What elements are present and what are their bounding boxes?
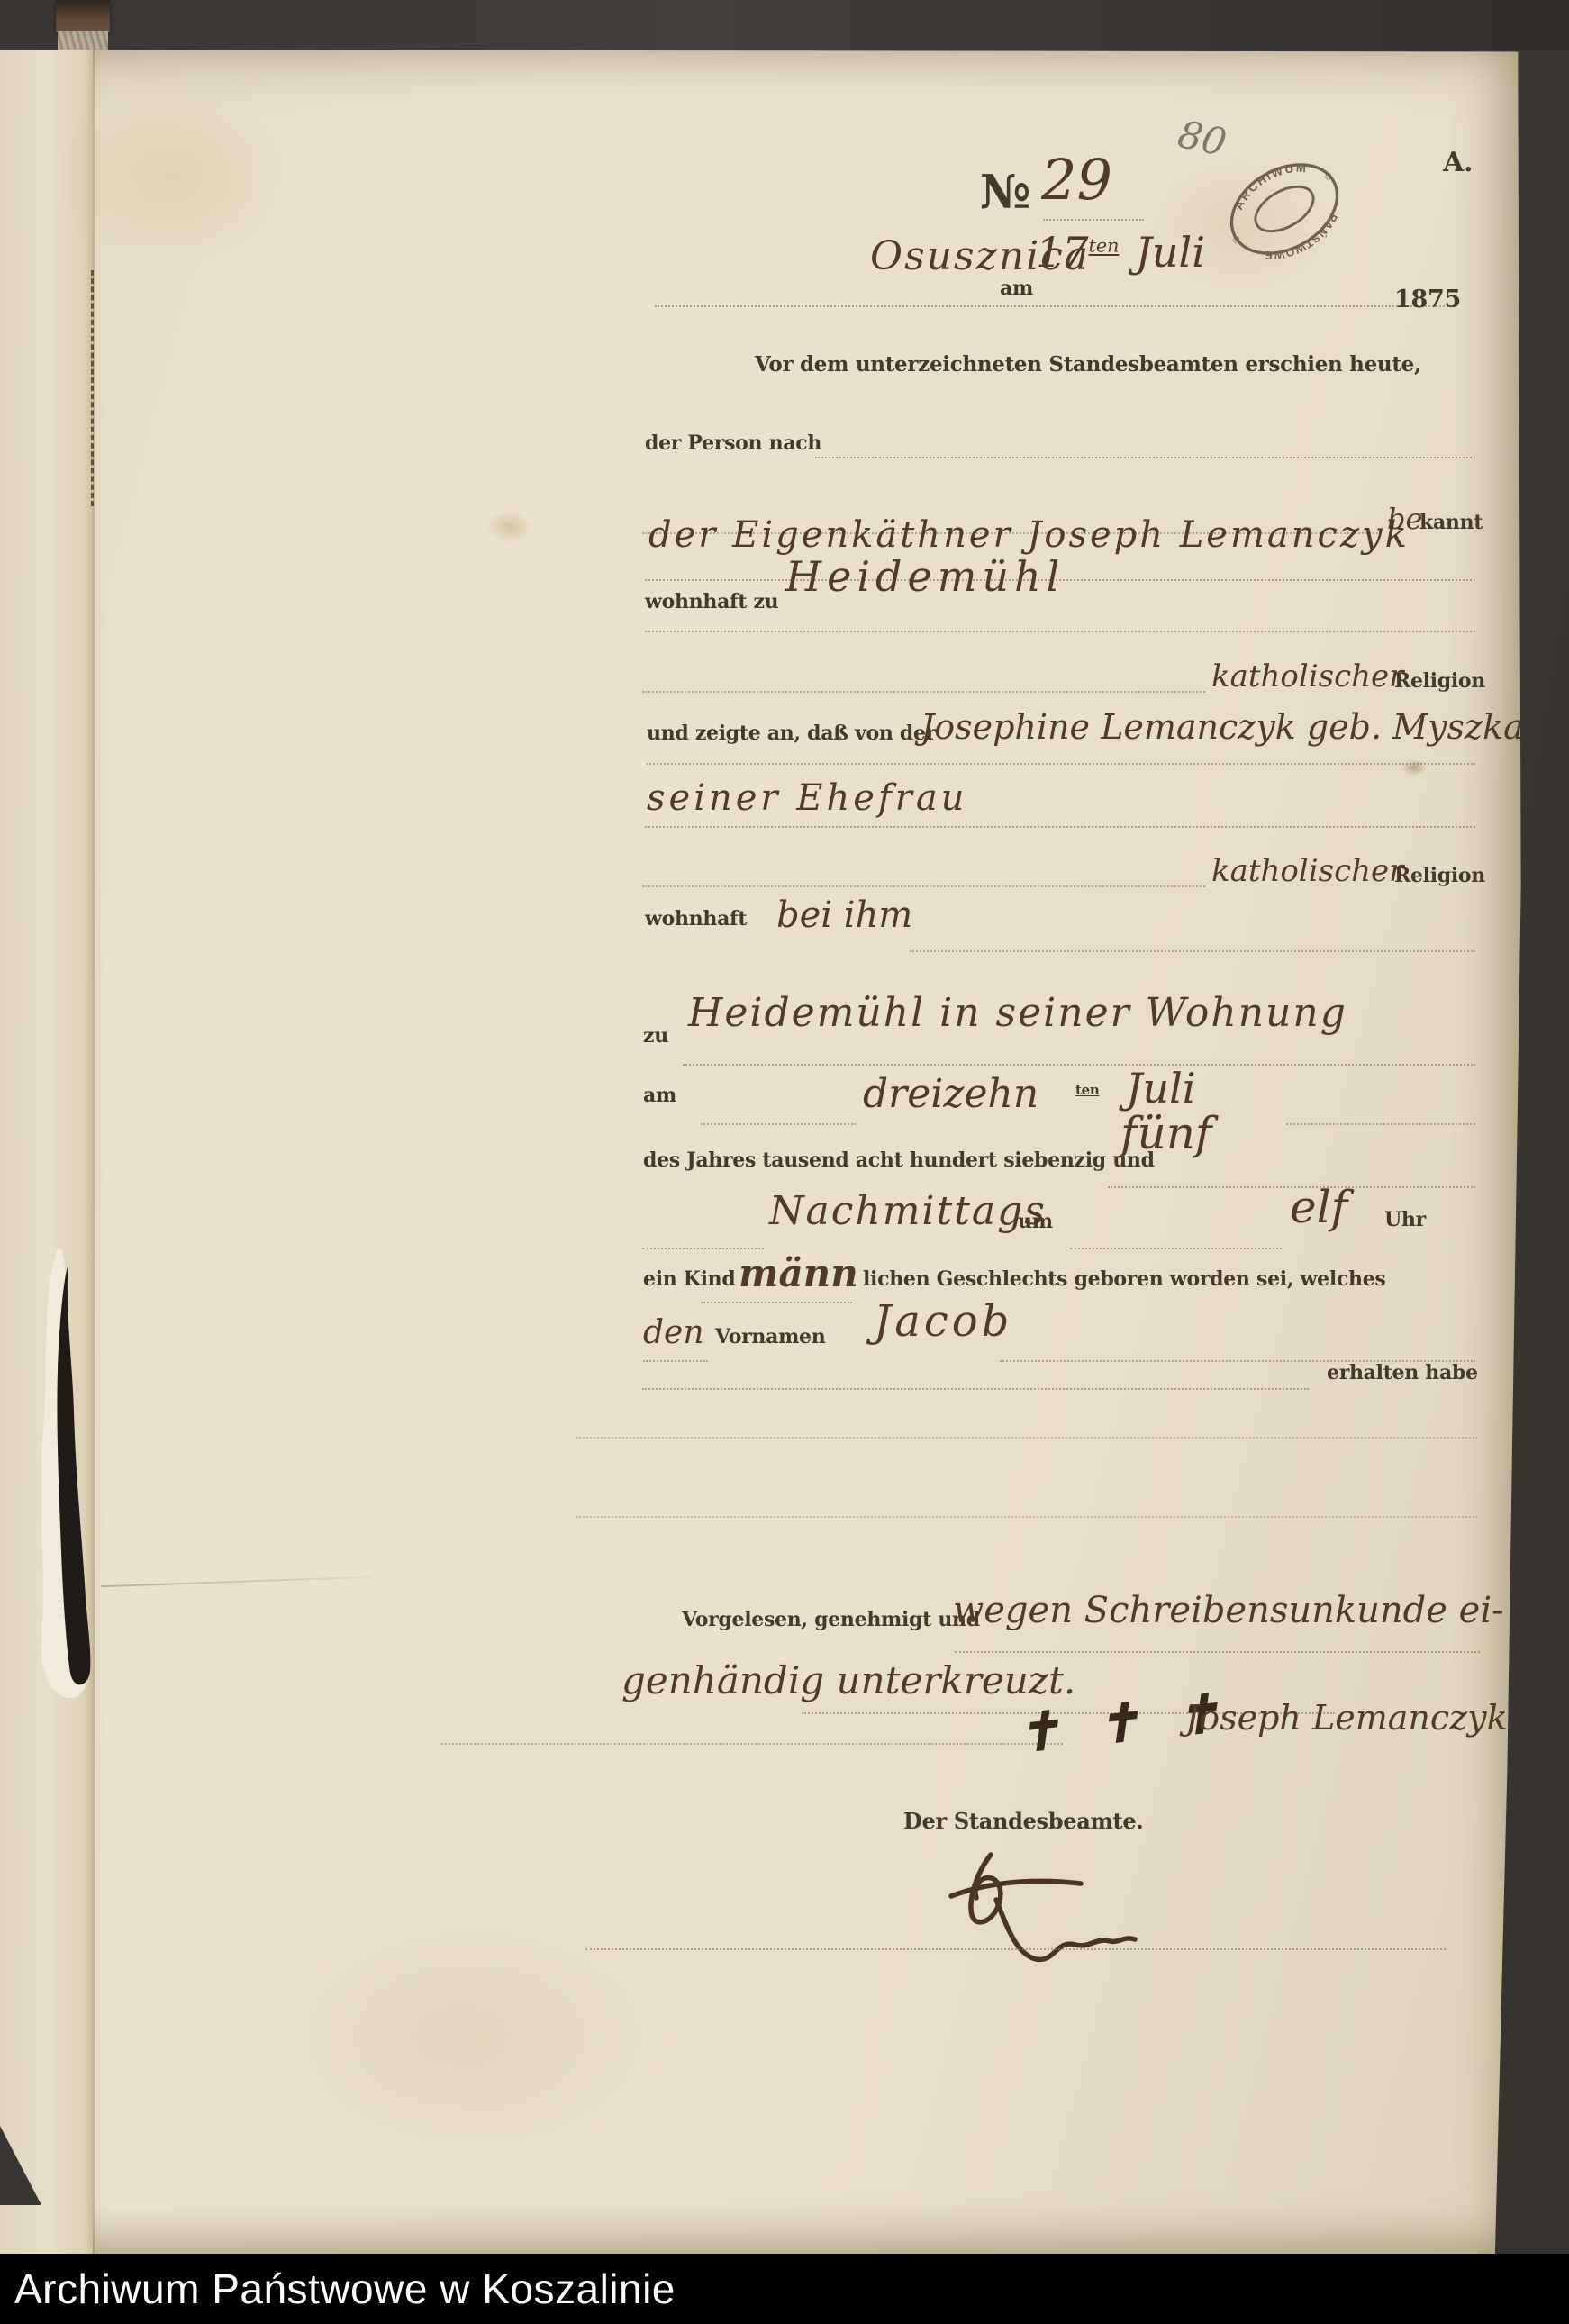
dotted-rule	[1070, 1248, 1282, 1249]
firstname-entry: Jacob	[874, 1296, 1012, 1347]
dotted-rule	[701, 1302, 852, 1303]
bei-ihm-entry: bei ihm	[776, 894, 912, 936]
scanner-background-top	[0, 0, 1569, 50]
dotted-rule	[955, 1651, 1480, 1653]
stamp-top-text: ARCHIWUM	[1224, 150, 1313, 216]
um-label: um	[1018, 1210, 1053, 1233]
dotted-rule	[1286, 1123, 1475, 1125]
record-number-label: №	[980, 165, 1030, 220]
den-hand: den	[643, 1314, 704, 1351]
dotted-rule	[655, 305, 1452, 307]
dotted-rule	[645, 826, 1475, 828]
gender-printed: lichen Geschlechts geboren worden sei, w…	[863, 1267, 1386, 1291]
erhalten-habe-label: erhalten habe	[1327, 1361, 1478, 1384]
form-corner-letter: A.	[1443, 147, 1473, 178]
dotted-rule	[576, 1516, 1477, 1518]
daytime-entry: Nachmittags	[769, 1188, 1047, 1234]
book-spine-fragment	[56, 0, 110, 32]
kind-label: ein Kind	[643, 1267, 735, 1291]
birth-day-entry: dreizehn	[863, 1071, 1038, 1117]
page-gutter	[0, 50, 93, 2255]
dotted-rule	[643, 1360, 708, 1362]
uhr-label: Uhr	[1384, 1208, 1426, 1231]
official-signature	[944, 1844, 1187, 1988]
svg-text:ARCHIWUM: ARCHIWUM	[1224, 150, 1313, 216]
record-number-value: 29	[1041, 147, 1112, 213]
religion-entry: katholischer	[1211, 853, 1403, 889]
ehefrau-entry: seiner Ehefrau	[647, 777, 967, 819]
day-suffix: ten	[1075, 1082, 1099, 1098]
intro-line: Vor dem unterzeichneten Standesbeamten e…	[755, 352, 1421, 377]
wohnhaft-label: wohnhaft	[645, 907, 747, 931]
declarant-entry: der Eigenkäthner Joseph Lemanczyk	[648, 514, 1410, 556]
dotted-rule	[642, 1248, 764, 1249]
paper-stain	[486, 511, 533, 543]
archive-caption-text: Archiwum Państwowe w Koszalinie	[0, 2265, 676, 2313]
residence-entry: Heidemühl	[785, 552, 1065, 601]
dotted-rule	[1043, 219, 1144, 221]
zeigte-an-label: und zeigte an, daß von der	[647, 722, 936, 745]
dotted-rule	[683, 1064, 1475, 1066]
vornamen-label: Vornamen	[715, 1325, 825, 1348]
birth-month-entry: Juli	[1126, 1064, 1196, 1112]
stitching-marks	[91, 270, 94, 506]
dotted-rule	[585, 1948, 1446, 1950]
religion-label: Religion	[1394, 864, 1485, 887]
paper-stain	[1401, 759, 1427, 776]
binding-threads	[58, 31, 108, 52]
dotted-rule	[815, 457, 1475, 458]
wohnhaft-zu-label: wohnhaft zu	[645, 590, 778, 613]
closing-hand-line2: genhändig unterkreuzt.	[621, 1658, 1075, 1702]
dotted-rule	[645, 631, 1475, 632]
religion-label: Religion	[1394, 669, 1485, 693]
gender-entry: männ	[739, 1251, 858, 1295]
archive-stamp: ARCHIWUM PAŃSTWOWE ✩ ✩	[1216, 143, 1353, 275]
person-nach-label: der Person nach	[645, 431, 821, 455]
closing-printed: Vorgelesen, genehmigt und	[682, 1608, 980, 1631]
paper-stain	[225, 1887, 694, 2184]
year-words-label: des Jahres tausend acht hundert siebenzi…	[643, 1148, 1155, 1172]
document-page: № 29 80 A. ARCHIWUM PAŃSTWOWE ✩ ✩	[0, 50, 1524, 2255]
mother-entry: Josephine Lemanczyk geb. Myszka,	[921, 707, 1535, 747]
year-hand-entry: fünf	[1120, 1107, 1211, 1159]
dotted-rule	[642, 1388, 1309, 1390]
dotted-rule	[642, 691, 1205, 693]
am-label: am	[1000, 277, 1033, 300]
scanned-document-scene: № 29 80 A. ARCHIWUM PAŃSTWOWE ✩ ✩	[0, 0, 1569, 2324]
dotted-rule	[647, 763, 1475, 765]
dotted-rule	[576, 1437, 1477, 1439]
religion-entry: katholischer	[1211, 658, 1403, 694]
dotted-rule	[910, 950, 1475, 952]
archive-caption-bar: Archiwum Państwowe w Koszalinie	[0, 2254, 1569, 2324]
am-label: am	[643, 1084, 676, 1107]
bekannt-printed: kannt	[1419, 511, 1483, 534]
dotted-rule	[642, 885, 1205, 887]
year-printed: 1875	[1394, 286, 1461, 313]
closing-hand-line1: wegen Schreibensunkunde ei-	[953, 1590, 1504, 1631]
date-entry: 17tenJuli	[1036, 228, 1205, 277]
torn-edge	[34, 1240, 142, 1709]
dotted-rule	[441, 1743, 1063, 1745]
dotted-rule	[701, 1123, 856, 1125]
zu-label: zu	[643, 1024, 668, 1048]
official-title: Der Standesbeamte.	[903, 1808, 1143, 1834]
declarant-signature: Joseph Lemanczyk	[1185, 1698, 1508, 1738]
birthplace-entry: Heidemühl in seiner Wohnung	[688, 990, 1347, 1036]
hour-entry: elf	[1290, 1181, 1347, 1233]
